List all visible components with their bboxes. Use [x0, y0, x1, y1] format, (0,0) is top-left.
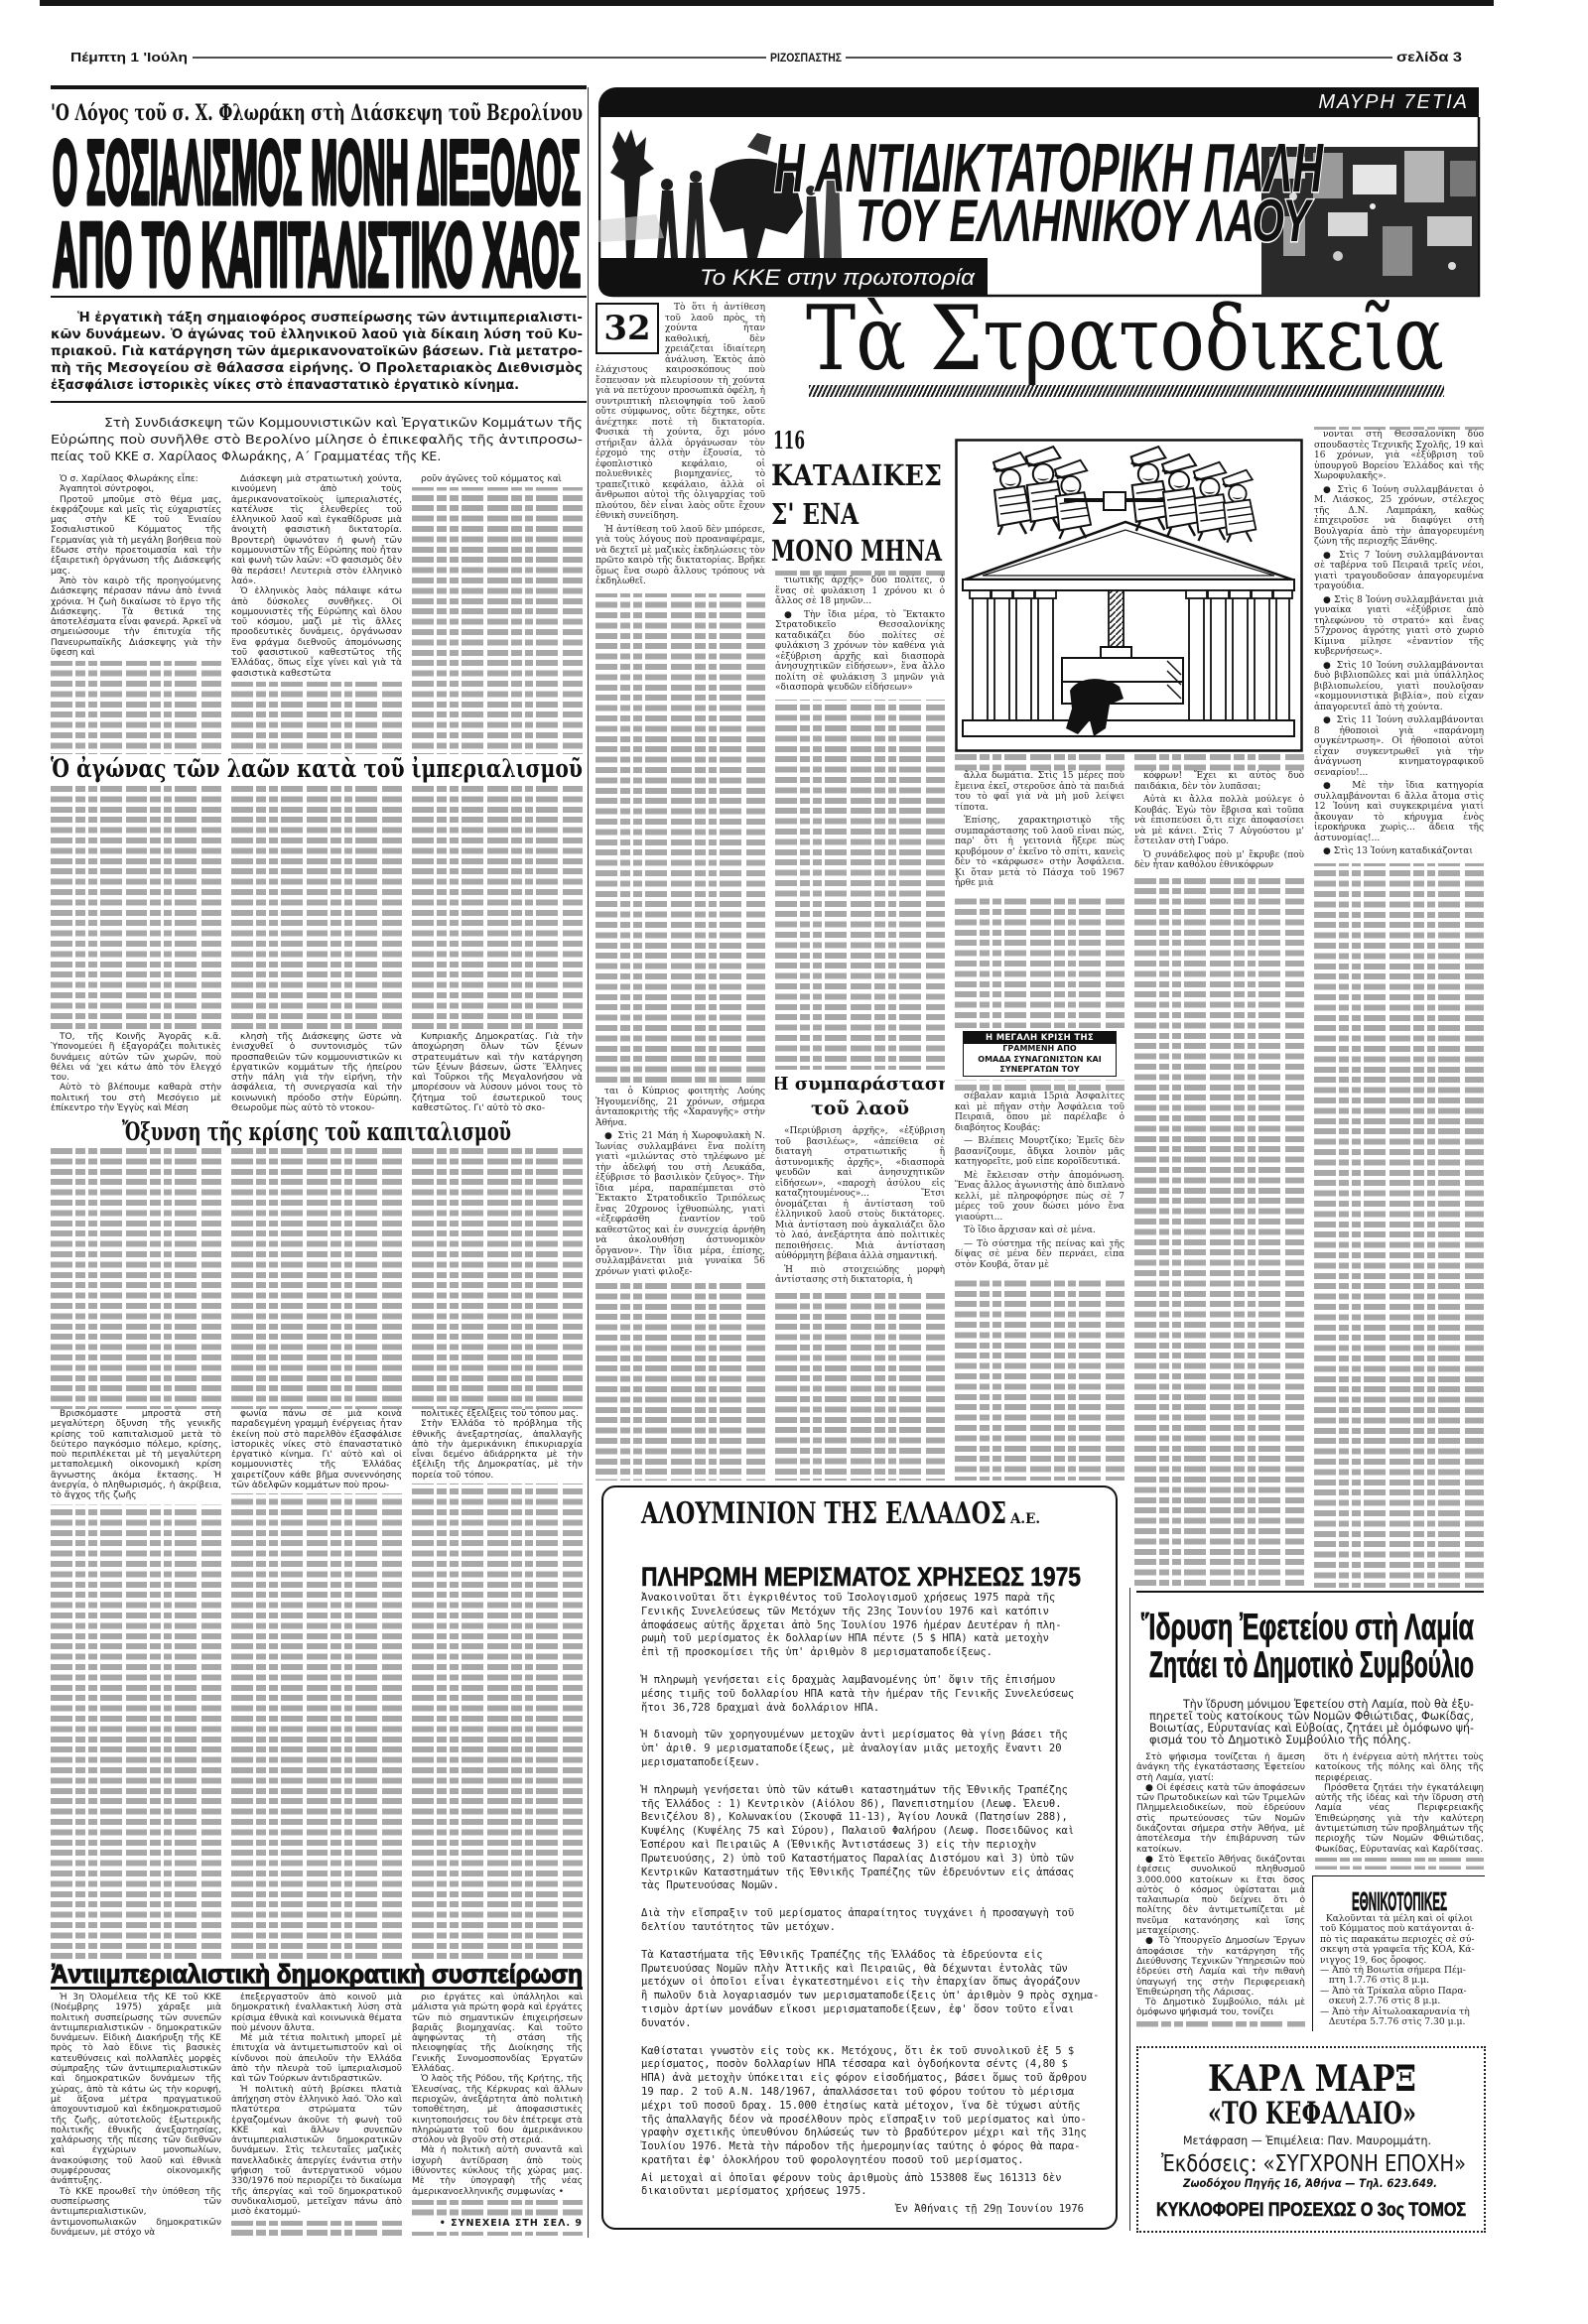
book-notice-box: Η ΜΕΓΑΛΗ ΚΡΙΣΗ ΤΗΣ ΓΡΑΜΜΕΝΗ ΑΠΟ ΟΜΑΔΑ ΣΥ…	[963, 1031, 1117, 1077]
text-paragraph: Ἡ 3η Ὀλομέλεια τῆς ΚΕ τοῦ ΚΚΕ (Νοέμβρης …	[51, 1993, 221, 2187]
text-paragraph: τῆς ἀπαλλαγῆς δέον νὰ προσέλθουν πρὸς εἴ…	[641, 2114, 1100, 2128]
text-paragraph: ὅτι ἡ ἐνέργεια αὐτὴ πλήττει τοὺς κατοίκο…	[1315, 1752, 1484, 1783]
text-paragraph: ΤΟ, τῆς Κοινῆς Ἀγορᾶς κ.ἄ. Ὑπονομεύει ἢ …	[51, 1032, 221, 1083]
text-paragraph: σέβαλαν καμιὰ 15ριὰ Ἀσφαλίτες καὶ μὲ πῆγ…	[955, 1092, 1125, 1133]
text-paragraph: — Τὸ σύστημα τῆς πείνας καὶ τῆς δίψας σὲ…	[955, 1239, 1125, 1271]
section-banner-label: ΜΑΥΡΗ 7ΕΤΙΑ	[1318, 87, 1469, 118]
running-header: Πέμπτη 1 'Ιούλη ΡΙΖΟΣΠΑΣΤΗΣ σελίδα 3	[60, 46, 1489, 69]
text-paragraph: Ἡ διανομὴ τῶν χορηγουμένων μετοχῶν ἀντὶ …	[641, 1729, 1100, 1743]
text-paragraph: Ἡ πολιτικὴ αὐτὴ βρίσκει πλατιὰ ἀπήχηση σ…	[231, 2085, 402, 2218]
text-block: Βρισκόμαστε μπροστὰ στὴ μεγαλύτερη ὄξυνσ…	[51, 1409, 221, 1504]
text-paragraph: Μὲ μιὰ τέτια πολιτικὴ μπορεῖ μὲ ἐπιτυχία…	[231, 2033, 402, 2084]
text-paragraph: — Βλέπεις Μουρτζίκο; Ἐμεῖς δὲν βασανίζου…	[955, 1136, 1125, 1168]
text-paragraph: ροῦν ἀγῶνες τοῦ κόμματος καὶ	[412, 474, 583, 484]
text-paragraph: ● Τὴν ἴδια μέρα, τὸ Ἔκτακτο Στρατοδικεῖο…	[775, 610, 945, 694]
text-paragraph: ● Στὶς 13 Ἰούνη καταδικάζονται	[1314, 846, 1484, 857]
text-paragraph: ἐπὶ τῇ προσκομίσει τῆς ὑπ' ἀριθμὸν 8 μερ…	[641, 1646, 1100, 1660]
column-text: Κυπριακῆς Δημοκρατίας. Γιὰ τὴν ἀποχώρηση…	[412, 786, 583, 1115]
text-paragraph: ● Τὸ Ὑπουργεῖο Δημοσίων Ἔργων ἀποφάσισε …	[1136, 1936, 1305, 1998]
column-text: ἄλλα δωμάτια. Στὶς 15 μέρες ποὺ ἔμεινα ἐ…	[955, 754, 1125, 1481]
title-pattern-bar	[809, 385, 1444, 397]
text-block: ριο ἐργάτες καὶ ὑπάλληλοι καὶ μάλιστα γι…	[412, 1993, 583, 2200]
text-block: Ἡ 3η Ὀλομέλεια τῆς ΚΕ τοῦ ΚΚΕ (Νοέμβρης …	[51, 1993, 221, 2241]
text-paragraph: ρωμὴ τοῦ μερίσματος ἐκ δολλαρίων ΗΠΑ πέν…	[641, 1632, 1100, 1646]
text-block: τιωτικῆς ἀρχῆς» δύο πολίτες, ὁ ἕνας σὲ φ…	[775, 576, 945, 700]
column-text: κόφρων! Ἔχει κι αὐτὸς δυὸ παιδάκια, δὲν …	[1134, 754, 1304, 1588]
top-edge-bar	[40, 0, 1494, 6]
series-tag: Το ΚΚΕ στην πρωτοπορία	[700, 265, 977, 290]
deck: Ἡ ἐργατικὴ τάξη σημαιοφόρος συσπείρωσης …	[51, 308, 587, 397]
text-paragraph: φωνία πάνω σὲ μιὰ κοινὰ παραδεγμένη γραμ…	[231, 1409, 402, 1490]
column-divider	[588, 87, 589, 2238]
text-paragraph: Μὲ ἔκλεισαν στὴν ἀπομόνωση. Ἕνας ἄλλος ἀ…	[955, 1171, 1125, 1224]
text-paragraph: Δευτέρα 5.7.76 στὶς 7.30 μ.μ.	[1320, 2017, 1484, 2027]
ad-paragraph: Διὰ τὴν εἴσπραξιν τοῦ μερίσματος ἀπαραίτ…	[641, 1907, 1100, 1935]
text-paragraph: Ὁ σ. Χαρίλαος Φλωράκης εἶπε:	[51, 474, 221, 484]
text-paragraph: Τὰ Καταστήματα τῆς Ἐθνικῆς Τραπέζης τῆς …	[641, 1949, 1100, 1963]
text-paragraph: «Περιύβριση ἀρχῆς», «ἐξύβριση τοῦ βασιλέ…	[775, 1126, 945, 1262]
kicker-text: 'Ο Λόγος τοῦ σ. Χ. Φλωράκη στὴ Διάσκεψη …	[51, 100, 583, 126]
lamia-headline-line-2: Ζητάει τὸ Δημοτικὸ Συμβούλιο	[1149, 1644, 1474, 1683]
lamia-top-rule	[1136, 1591, 1484, 1593]
text-paragraph: τῆς Ἑλλάδος : 1) Κεντρικὸν (Αἰόλου 86), …	[641, 1798, 1100, 1812]
subhead-line: ΜΟΝΟ ΜΗΝΑ	[771, 534, 942, 568]
ad-paragraph: Τὰ Καταστήματα τῆς Ἐθνικῆς Τραπέζης τῆς …	[641, 1949, 1100, 2031]
text-block: νονται στὴ Θεσσαλονίκη δύο σπουδαστὲς Τε…	[1314, 430, 1484, 863]
book-notice-line: ΟΜΑΔΑ ΣΥΝΑΓΩΝΙΣΤΩΝ ΚΑΙ	[964, 1055, 1116, 1066]
book-notice-line: ΓΡΑΜΜΕΝΗ ΑΠΟ	[964, 1044, 1116, 1055]
text-paragraph: Ἀγαπητοὶ σύντροφοι,	[51, 484, 221, 494]
text-paragraph: Μὰ ἡ πολιτικὴ αὐτὴ συναντᾶ καὶ ἰσχυρὴ ἀν…	[412, 2145, 583, 2196]
book-notice-title: Η ΜΕΓΑΛΗ ΚΡΙΣΗ ΤΗΣ	[964, 1032, 1116, 1044]
subhead-line: Σ' ΕΝΑ	[771, 497, 859, 531]
text-paragraph: ● Στὶς 8 Ἰούνη συλλαμβάνεται μιὰ γυναίκα…	[1314, 595, 1484, 658]
book-ad-content: ΚΑΡΛ ΜΑΡΞ «ΤΟ ΚΕΦΑΛΑΙΟ» Μετάφραση — Ἐπιμ…	[1136, 2046, 1486, 2233]
text-paragraph: Ἐπίσης, χαρακτηριστικὸ τῆς συμπαράστασης…	[955, 816, 1125, 889]
text-paragraph: 19 παρ. 2 τοῦ Α.Ν. 148/1967, ἀπαλλάσσετα…	[641, 2086, 1100, 2100]
text-paragraph: Τὸ ΚΚΕ προωθεῖ τὴν ὑπόθεση τῆς συσπείρωσ…	[51, 2187, 221, 2238]
text-paragraph: Βρισκόμαστε μπροστὰ στὴ μεγαλύτερη ὄξυνσ…	[51, 1409, 221, 1501]
text-paragraph: Ἡ πληρωμὴ γενήσεται ὑπὸ τῶν κάτωθι κατασ…	[641, 1784, 1100, 1798]
lamia-lead: Τὴν ἵδρυση μόνιμου Ἐφετείου στὴ Λαμία, π…	[1136, 1695, 1486, 1750]
masthead: ΡΙΖΟΣΠΑΣΤΗΣ	[770, 51, 842, 65]
text-block: πολιτικὲς ἐξελίξεις τοῦ τόπου μας.Στὴν Ἑ…	[412, 1409, 583, 1484]
text-paragraph: Προτοῦ μποῦμε στὸ θέμα μας, ἐκφράζουμε κ…	[51, 495, 221, 577]
ad-company-suffix: Α.Ε.	[1009, 1511, 1040, 1527]
deck-line: πριακοῦ. Γιὰ κατάργηση τῶν ἀμερικανονατο…	[51, 344, 583, 359]
text-paragraph: Ἡ πιὸ στοιχειώδης μορφὴ ἀντίστασης στὴ δ…	[775, 1265, 945, 1286]
book-notice-line: ΣΥΝΕΡΓΑΤΩΝ ΤΟΥ	[964, 1065, 1116, 1076]
section-banner: ΜΑΥΡΗ 7ΕΤΙΑ	[598, 87, 1479, 118]
ad-paragraph: Ἀνακοινοῦται ὅτι ἐγκριθέντος τοῦ Ἰσολογι…	[641, 1592, 1100, 1660]
headline-rule	[51, 296, 587, 298]
text-paragraph: ἤτοι 36,728 δραχμαὶ ἀνὰ δολλάριον ΗΠΑ.	[641, 1702, 1100, 1716]
text-paragraph: ΗΠΑ) ἀνὰ μετοχὴν ὑπόκειται εἰς φόρον εἰσ…	[641, 2072, 1100, 2086]
text-block: φωνία πάνω σὲ μιὰ κοινὰ παραδεγμένη γραμ…	[231, 1409, 402, 1493]
column-text: Ὁ σ. Χαρίλαος Φλωράκης εἶπε:Ἀγαπητοὶ σύν…	[51, 474, 221, 754]
text-paragraph: Καθίσταται γνωστὸν εἰς τοὺς κκ. Μετόχους…	[641, 2045, 1100, 2059]
text-block: ΤΟ, τῆς Κοινῆς Ἀγορᾶς κ.ἄ. Ὑπονομεύει ἢ …	[51, 1032, 221, 1116]
text-paragraph: ἐπεξεργαστοῦν ἀπὸ κοινοῦ μιὰ δημοκρατικὴ…	[231, 1993, 402, 2033]
series-title-line-2: ΤΟΥ ΕΛΛΗΝΙΚΟΥ ΛΑΟΥ	[856, 188, 1313, 254]
text-paragraph: Διάσκεψη μιὰ στρατιωτικὴ χούντα, κινούμε…	[231, 474, 402, 586]
column-text: Ἡ 3η Ὀλομέλεια τῆς ΚΕ τοῦ ΚΚΕ (Νοέμβρης …	[51, 1993, 221, 2236]
convictions-subhead: 116 ΚΑΤΑΔΙΚΕΣ Σ' ΕΝΑ ΜΟΝΟ ΜΗΝΑ	[771, 425, 946, 569]
book-announcement: ΚΥΚΛΟΦΟΡΕΙ ΠΡΟΣΕΧΩΣ Ο 3ος ΤΟΜΟΣ	[1156, 2200, 1466, 2221]
ad-paragraph: Καθίσταται γνωστὸν εἰς τοὺς κκ. Μετόχους…	[641, 2045, 1100, 2168]
text-block: ροῦν ἀγῶνες τοῦ κόμματος καὶ	[412, 474, 583, 487]
section-heading-text: Ὁ ἀγώνας τῶν λαῶν κατὰ τοῦ ἰμπεριαλισμοῦ	[51, 754, 583, 783]
regional-meetings-title-text: ΕΘΝΙΚΟΤΟΠΙΚΕΣ	[1352, 1886, 1447, 1913]
text-block: ἄλλα δωμάτια. Στὶς 15 μέρες ποὺ ἔμεινα ἐ…	[955, 771, 1125, 895]
article-title-text: Τὰ Στρατοδικεῖα	[806, 294, 1444, 389]
text-paragraph: τιωτικῆς ἀρχῆς» δύο πολίτες, ὁ ἕνας σὲ φ…	[775, 576, 945, 607]
subheading-line: Ἡ συμπαράσταση	[775, 1074, 945, 1095]
text-paragraph: ται ὁ Κύπριος φοιτητὴς Λούης Ἡγουμενίδης…	[595, 1087, 765, 1128]
ad-paragraph: Ἡ πληρωμὴ γενήσεται ὑπὸ τῶν κάτωθι κατασ…	[641, 1784, 1100, 1893]
text-paragraph: μέχρι τοῦ ποσοῦ δραχ. 15.000 ἐτησίως κατ…	[641, 2100, 1100, 2114]
regional-meetings-text: Καλοῦνται τὰ μέλη καὶ οἱ φίλοιτοῦ Κόμματ…	[1320, 1914, 1484, 2027]
regional-meetings-title: ΕΘΝΙΚΟΤΟΠΙΚΕΣ	[1312, 1883, 1484, 1913]
main-headline: Ο ΣΟΣΙΑΛΙΣΜΟΣ ΜΟΝΗ ΔΙΕΞΟΔΟΣ ΑΠΟ ΤΟ ΚΑΠΙΤ…	[51, 134, 587, 293]
text-paragraph: Στὴν Ἑλλάδα τὸ πρόβλημα τῆς ἐθνικῆς ἀνεξ…	[412, 1419, 583, 1481]
text-paragraph: ● Στὶς 7 Ἰούνη συλλαμβάνονται σὲ ταβέρνα…	[1314, 551, 1484, 592]
text-paragraph: Πρωτευούσας Νομῶν πλὴν Ἀττικῆς καὶ Πειρα…	[641, 1963, 1100, 1977]
text-paragraph: Στὸ ψήφισμα τονίζεται ἡ ἄμεση ἀνάγκη τῆς…	[1136, 1752, 1305, 1783]
text-paragraph: ● Στὶς 10 Ἰούνη συλλαμβάνονται δυὸ βιβλι…	[1314, 661, 1484, 713]
text-paragraph: κόφρων! Ἔχει κι αὐτὸς δυὸ παιδάκια, δὲν …	[1134, 771, 1304, 792]
episode-number: 32	[595, 303, 659, 354]
article-title: Τὰ Στρατοδικεῖα	[799, 294, 1454, 389]
column-text: ΤΟ, τῆς Κοινῆς Ἀγορᾶς κ.ἄ. Ὑπονομεύει ἢ …	[51, 786, 221, 1115]
text-paragraph: ● Στὶς 6 Ἰούνη συλλαμβάνεται ὁ Μ. Λιάσκο…	[1314, 485, 1484, 548]
text-paragraph: Πρωτευούσης, 2) ὑπὸ τοῦ Καταστήματος Παρ…	[641, 1853, 1100, 1867]
text-paragraph: Αὐτὸ τὸ βλέπουμε καθαρὰ στὴν πολιτική το…	[51, 1083, 221, 1113]
text-paragraph: ἄλλα δωμάτια. Στὶς 15 μέρες ποὺ ἔμεινα ἐ…	[955, 771, 1125, 813]
book-author: ΚΑΡΛ ΜΑΡΞ	[1208, 2058, 1416, 2100]
heading-underline	[51, 1987, 583, 1990]
deck-line: ἐξασφάλισε ἱστορικὲς νίκες στὸ ἐπαναστατ…	[51, 378, 519, 393]
column-text: κλησὴ τῆς Διάσκεψης ὥστε νὰ ἐνισχυθεῖ ὁ …	[231, 786, 402, 1115]
subheading-block: Ἡ συμπαράσταση τοῦ λαοῦ	[775, 1070, 945, 1123]
deck-line: κῶν δυνάμεων. Ὁ ἀγώνας τοῦ ἑλληνικοῦ λαο…	[51, 327, 583, 342]
column-text: πολιτικὲς ἐξελίξεις τοῦ τόπου μας.Στὴν Ἑ…	[412, 1148, 583, 1960]
ad-paragraph: Αἱ μετοχαὶ αἱ ὁποῖαι φέρουν τοὺς ἀριθμοὺ…	[641, 2172, 1100, 2200]
text-paragraph: ριο ἐργάτες καὶ ὑπάλληλοι καὶ μάλιστα γι…	[412, 1993, 583, 2074]
subheading: Ἡ συμπαράσταση τοῦ λαοῦ	[775, 1070, 945, 1123]
ad-date: Ἐν Ἀθήναις τῇ 29ῃ Ἰουνίου 1976	[641, 2203, 1084, 2217]
ad-heading: ΠΛΗΡΩΜΗ ΜΕΡΙΣΜΑΤΟΣ ΧΡΗΣΕΩΣ 1975	[641, 1562, 1081, 1592]
text-block: κόφρων! Ἔχει κι αὐτὸς δυὸ παιδάκια, δὲν …	[1134, 771, 1304, 877]
text-paragraph: Ὁ συνάδελφος ποὺ μ' ἔκρυβε (ποὺ δὲν ἦταν…	[1134, 850, 1304, 871]
column-text: Διάσκεψη μιὰ στρατιωτικὴ χούντα, κινούμε…	[231, 474, 402, 754]
ad-paragraph: Ἡ διανομὴ τῶν χορηγουμένων μετοχῶν ἀντὶ …	[641, 1729, 1100, 1769]
column-text: Στὸ ψήφισμα τονίζεται ἡ ἄμεση ἀνάγκη τῆς…	[1136, 1752, 1305, 2030]
text-paragraph: δυνατόν.	[641, 2017, 1100, 2031]
text-paragraph: Κυπριακῆς Δημοκρατίας. Γιὰ τὴν ἀποχώρηση…	[412, 1032, 583, 1113]
lamia-headline-line-1: Ἵδρυση Ἐφετείου στὴ Λαμία	[1141, 1607, 1474, 1647]
text-paragraph: γραφὴν σχετικῆς ὑπευθύνου δηλώσεώς των τ…	[641, 2127, 1100, 2140]
ad-header: ΑΛΟΥΜΙΝΙΟΝ ΤΗΣ ΕΛΛΑΔΟΣ Α.Ε. ΠΛΗΡΩΜΗ ΜΕΡΙ…	[601, 1485, 1118, 1595]
lamia-headline: Ἵδρυση Ἐφετείου στὴ Λαμία Ζητάει τὸ Δημο…	[1136, 1600, 1486, 1683]
text-paragraph: Ἡ ἀντίθεση τοῦ λαοῦ δὲν μπόρεσε, γιὰ τοὺ…	[595, 525, 765, 587]
text-paragraph: Βενιζέλου 8), Κολωνακίου (Σκουφᾶ 11-13),…	[641, 1811, 1100, 1825]
text-paragraph: ● Στὸ Ἐφετεῖο Ἀθήνας δικάζονται ἐφέσεις …	[1136, 1855, 1305, 1936]
intro-line: Στὴ Συνδιάσκεψη τῶν Κομμουνιστικῶν καὶ Ἐ…	[104, 415, 583, 430]
text-paragraph: πολιτικὲς ἐξελίξεις τοῦ τόπου μας.	[412, 1409, 583, 1419]
text-block: Ὁ σ. Χαρίλαος Φλωράκης εἶπε:Ἀγαπητοὶ σύν…	[51, 474, 221, 661]
column-text: ριο ἐργάτες καὶ ὑπάλληλοι καὶ μάλιστα γι…	[412, 1993, 583, 2236]
text-paragraph: κρατῆται ἐφ' ὁλοκλήρου τοῦ φορολογητέου …	[641, 2154, 1100, 2168]
cartoon-illustration	[955, 439, 1303, 752]
text-paragraph: Πρόσθετα ζητάει τὴν ἐγκατάλειψη αὐτῆς τῆ…	[1315, 1783, 1484, 1855]
book-publisher: Ἐκδόσεις: «ΣΥΓΧΡΟΝΗ ΕΠΟΧΗ»	[1161, 2151, 1466, 2177]
column-text: 32 Τὸ ὅτι ἡ ἀντίθεση τοῦ λαοῦ πρὸς τὴ χο…	[595, 303, 765, 1481]
series-title-box: Η ΑΝΤΙΔΙΚΤΑΤΟΡΙΚΗ ΠΑΛΗ ΤΟΥ ΕΛΛΗΝΙΚΟΥ ΛΑΟ…	[598, 117, 1481, 298]
intro-line: πείας τοῦ ΚΚΕ σ. Χαρίλαος Φλωράκης, Α΄ Γ…	[51, 449, 441, 463]
text-paragraph: μετόχων οἱ ὁποῖοι εἶναι ἐγκατεστημένοι ε…	[641, 1976, 1100, 1990]
lead-line: φισμά του τὸ Δημοτικὸ Συμβούλιο τῆς πόλη…	[1149, 1733, 1411, 1746]
text-paragraph: μερίσματος, ποσὸν δολλαρίων ΗΠΑ τέσσαρα …	[641, 2058, 1100, 2072]
ad-paragraph: Ἡ πληρωμὴ γενήσεται εἰς δραχμὰς λαμβανομ…	[641, 1674, 1100, 1715]
text-paragraph: Ὁ λαὸς τῆς Ρόδου, τῆς Κρήτης, τῆς Ἐλευσί…	[412, 2074, 583, 2145]
convictions-count: 116	[773, 426, 805, 454]
column-text: ἐπεξεργαστοῦν ἀπὸ κοινοῦ μιὰ δημοκρατικὴ…	[231, 1993, 402, 2236]
text-paragraph: Κεντρικῶν Καταστημάτων τῆς Ἐθνικῆς Τραπέ…	[641, 1867, 1100, 1880]
text-paragraph: τισμὸν ἀρτίων μονάδων εἴκοσι μερισματαπο…	[641, 2003, 1100, 2017]
text-block: «Περιύβριση ἀρχῆς», «ἐξύβριση τοῦ βασιλέ…	[775, 1126, 945, 1292]
text-paragraph: Ἰουλίου 1976. Μετὰ τὴν πάροδον τῆς ἡμερο…	[641, 2140, 1100, 2154]
section-heading: Ὁ ἀγώνας τῶν λαῶν κατὰ τοῦ ἰμπεριαλισμοῦ	[51, 754, 587, 784]
text-paragraph: Ἑσπέρου καὶ Πειραιῶς Α (Ἐθνικῆς Ἀντιστάσ…	[641, 1839, 1100, 1853]
text-paragraph: Ἀπὸ τὸν καιρὸ τῆς προηγούμενης Διάσκεψης…	[51, 577, 221, 658]
ad-company-name: ΑΛΟΥΜΙΝΙΟΝ ΤΗΣ ΕΛΛΑΔΟΣ	[640, 1496, 1006, 1531]
deck-line: Ἡ ἐργατικὴ τάξη σημαιοφόρος συσπείρωσης …	[77, 311, 583, 325]
text-paragraph: τὰς Πρωτευούσας Νομῶν.	[641, 1879, 1100, 1893]
intro: Στὴ Συνδιάσκεψη τῶν Κομμουνιστικῶν καὶ Ἐ…	[51, 414, 587, 467]
subhead-line: ΚΑΤΑΔΙΚΕΣ	[771, 458, 942, 492]
issue-date: Πέμπτη 1 'Ιούλη	[70, 50, 188, 65]
article-top-rule	[51, 85, 587, 89]
section-heading-text: Ἀντιιμπεριαλιστικὴ δημοκρατικὴ συσπείρωσ…	[51, 1961, 583, 1989]
kicker: 'Ο Λόγος τοῦ σ. Χ. Φλωράκη στὴ Διάσκεψη …	[51, 97, 587, 129]
text-paragraph: ἀποφάσεως αὐτῆς ἄρχεται ἀπὸ 5ης Ἰουλίου …	[641, 1619, 1100, 1633]
column-text: Βρισκόμαστε μπροστὰ στὴ μεγαλύτερη ὄξυνσ…	[51, 1148, 221, 1960]
column-text: τιωτικῆς ἀρχῆς» δύο πολίτες, ὁ ἕνας σὲ φ…	[775, 571, 945, 1481]
deck-rule	[51, 401, 587, 403]
text-paragraph: μέσης τιμῆς τοῦ δολλαρίου ΗΠΑ κατὰ τὴν ἡ…	[641, 1688, 1100, 1702]
column-text: φωνία πάνω σὲ μιὰ κοινὰ παραδεγμένη γραμ…	[231, 1148, 402, 1960]
text-paragraph: ● Μὲ τὴν ἴδια κατηγορία συλλαμβάνονται 6…	[1314, 781, 1484, 843]
text-paragraph: Τὸ ἴδιο ἄρχισαν καὶ σὲ μένα.	[955, 1226, 1125, 1236]
book-translation: Μετάφραση — Ἐπιμέλεια: Παν. Μαυρομμάτη.	[1183, 2133, 1431, 2147]
text-paragraph: ● Στὶς 11 Ἰούνη συλλαμβάνονται 8 ἠθοποιο…	[1314, 715, 1484, 778]
intro-line: Εὐρώπης ποὺ συνῆλθε στὸ Βερολίνο μίλησε …	[51, 432, 583, 447]
continued-on-page-9: • ΣΥΝΕΧΕΙΑ ΣΤΗ ΣΕΛ. 9	[412, 2219, 583, 2232]
text-paragraph: Διὰ τὴν εἴσπραξιν τοῦ μερίσματος ἀπαραίτ…	[641, 1907, 1100, 1921]
text-paragraph: ὑπ' ἀριθ. 9 μερισματαποδείξεως, μὲ ἀναλο…	[641, 1743, 1100, 1756]
text-paragraph: Ἡ πληρωμὴ γενήσεται εἰς δραχμὰς λαμβανομ…	[641, 1674, 1100, 1688]
headline-line-2: ΑΠΟ ΤΟ ΚΑΠΙΤΑΛΙΣΤΙΚΟ ΧΑΟΣ	[53, 205, 581, 293]
section-heading: Ὄξυνση τῆς κρίσης τοῦ καπιταλισμοῦ	[51, 1117, 587, 1147]
page-number: σελίδα 3	[1396, 49, 1462, 65]
text-block: ἐπεξεργαστοῦν ἀπὸ κοινοῦ μιὰ δημοκρατικὴ…	[231, 1993, 402, 2221]
text-paragraph: Τὸ Δημοτικὸ Συμβούλιο, πάλι μὲ ὁμόφωνο ψ…	[1136, 1998, 1305, 2018]
text-paragraph: Ἀνακοινοῦται ὅτι ἐγκριθέντος τοῦ Ἰσολογι…	[641, 1592, 1100, 1606]
text-paragraph: Κυψέλης (Κυψέλης 75 καὶ Σύρου), Παλαιοῦ …	[641, 1825, 1100, 1839]
text-paragraph: Αὐτὰ κι ἄλλα πολλὰ μούλεγε ὁ Κουβάς. Ἐγὼ…	[1134, 795, 1304, 847]
column-text: νονται στὴ Θεσσαλονίκη δύο σπουδαστὲς Τε…	[1314, 427, 1484, 1588]
text-paragraph: δελτίου ταυτότητος τῶν μετόχων.	[641, 1921, 1100, 1935]
book-address: Ζωοδόχου Πηγῆς 16, Ἀθήνα — Τηλ. 623.649.	[1182, 2176, 1437, 2190]
text-block: σέβαλαν καμιὰ 15ριὰ Ἀσφαλίτες καὶ μὲ πῆγ…	[955, 1092, 1125, 1276]
column-text: ὅτι ἡ ἐνέργεια αὐτὴ πλήττει τοὺς κατοίκο…	[1315, 1752, 1484, 1870]
deck-line: πὴ τῆς Μεσογείου σὲ θάλασσα εἰρήνης. Ὁ Π…	[51, 361, 583, 376]
book-notice-block: Η ΜΕΓΑΛΗ ΚΡΙΣΗ ΤΗΣ ΓΡΑΜΜΕΝΗ ΑΠΟ ΟΜΑΔΑ ΣΥ…	[955, 1028, 1125, 1080]
text-block: ὅτι ἡ ἐνέργεια αὐτὴ πλήττει τοὺς κατοίκο…	[1315, 1752, 1484, 1858]
text-paragraph: μερισματαποδείξεων.	[641, 1756, 1100, 1770]
text-paragraph: δικαιοῦνται μερίσματος χρήσεως 1975.	[641, 2185, 1100, 2199]
column-text: ροῦν ἀγῶνες τοῦ κόμματος καὶ	[412, 474, 583, 754]
text-block: Διάσκεψη μιὰ στρατιωτικὴ χούντα, κινούμε…	[231, 474, 402, 682]
section-heading-text: Ὄξυνση τῆς κρίσης τοῦ καπιταλισμοῦ	[122, 1117, 511, 1146]
text-paragraph: κλησὴ τῆς Διάσκεψης ὥστε νὰ ἐνισχυθεῖ ὁ …	[231, 1032, 402, 1113]
text-paragraph: ● Στὶς 21 Μάη ἡ Χωροφυλακὴ Ν. Ἰωνίας συλ…	[595, 1131, 765, 1277]
subheading-line: τοῦ λαοῦ	[811, 1097, 909, 1119]
section-heading: Ἀντιιμπεριαλιστικὴ δημοκρατικὴ συσπείρωσ…	[51, 1961, 587, 1993]
text-paragraph: Ὁ ἑλληνικὸς λαὸς πάλαιψε κάτω ἀπὸ δύσκολ…	[231, 586, 402, 679]
text-block: ται ὁ Κύπριος φοιτητὴς Λούης Ἡγουμενίδης…	[595, 1087, 765, 1283]
text-block: Κυπριακῆς Δημοκρατίας. Γιὰ τὴν ἀποχώρηση…	[412, 1032, 583, 1116]
newspaper-page: Πέμπτη 1 'Ιούλη ΡΙΖΟΣΠΑΣΤΗΣ σελίδα 3 'Ο …	[0, 0, 1588, 2324]
text-block: 32 Τὸ ὅτι ἡ ἀντίθεση τοῦ λαοῦ πρὸς τὴ χο…	[595, 303, 765, 593]
text-paragraph: Γενικῆς Συνελεύσεως τῶν Μετόχων τῆς 23ης…	[641, 1606, 1100, 1619]
book-title: «ΤΟ ΚΕΦΑΛΑΙΟ»	[1208, 2096, 1416, 2131]
text-paragraph: ἢ πωλοῦν διὰ λογαριασμόν των μερισματαπο…	[641, 1990, 1100, 2003]
ad-body: Ἀνακοινοῦται ὅτι ἐγκριθέντος τοῦ Ἰσολογι…	[641, 1592, 1100, 2217]
text-paragraph: νονται στὴ Θεσσαλονίκη δύο σπουδαστὲς Τε…	[1314, 430, 1484, 482]
text-paragraph: Αἱ μετοχαὶ αἱ ὁποῖαι φέρουν τοὺς ἀριθμοὺ…	[641, 2172, 1100, 2186]
text-block: κλησὴ τῆς Διάσκεψης ὥστε νὰ ἐνισχυθεῖ ὁ …	[231, 1032, 402, 1116]
text-paragraph: ● Οἱ ἐφέσεις κατὰ τῶν ἀποφάσεων τῶν Πρωτ…	[1136, 1783, 1305, 1855]
text-block: Στὸ ψήφισμα τονίζεται ἡ ἄμεση ἀνάγκη τῆς…	[1136, 1752, 1305, 2021]
column-divider	[1129, 1588, 1130, 2231]
